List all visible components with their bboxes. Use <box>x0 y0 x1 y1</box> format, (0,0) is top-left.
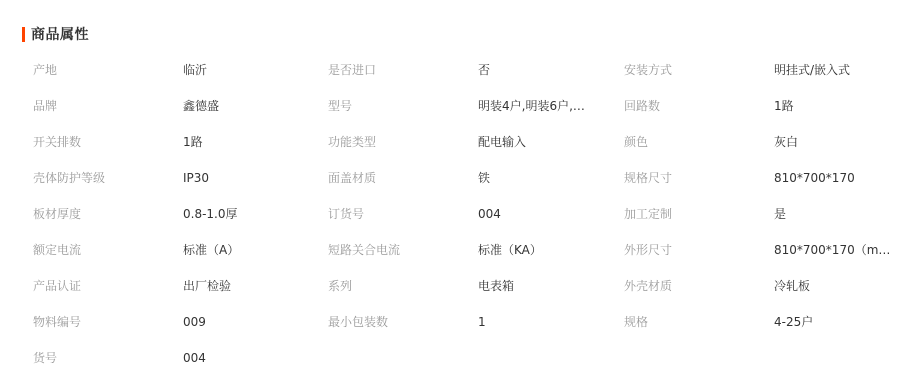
attribute-value: 鑫德盛 <box>183 88 301 124</box>
attribute-label: 板材厚度 <box>33 196 163 232</box>
attribute-label: 品牌 <box>33 88 163 124</box>
attribute-value: 810*700*170（mm） <box>774 232 902 268</box>
attribute-row: 开关排数 1路 功能类型 配电输入 颜色 灰白 <box>0 124 902 160</box>
attribute-row: 货号 004 <box>0 340 902 376</box>
attribute-value: 1路 <box>183 124 301 160</box>
attribute-value: 出厂检验 <box>183 268 301 304</box>
accent-bar <box>22 27 25 42</box>
attribute-value: 4-25户 <box>774 304 902 340</box>
attribute-label: 最小包装数 <box>328 304 458 340</box>
attribute-label: 加工定制 <box>624 196 754 232</box>
attribute-label: 规格 <box>624 304 754 340</box>
attribute-label: 系列 <box>328 268 458 304</box>
attribute-value: 1 <box>478 304 596 340</box>
attribute-label: 外壳材质 <box>624 268 754 304</box>
attribute-row: 额定电流 标准（A） 短路关合电流 标准（KA） 外形尺寸 810*700*17… <box>0 232 902 268</box>
attribute-label: 产地 <box>33 52 163 88</box>
attribute-value: 冷轧板 <box>774 268 902 304</box>
attribute-label: 开关排数 <box>33 124 163 160</box>
attribute-label: 回路数 <box>624 88 754 124</box>
attribute-label: 外形尺寸 <box>624 232 754 268</box>
attribute-row: 板材厚度 0.8-1.0厚 订货号 004 加工定制 是 <box>0 196 902 232</box>
attribute-value: 临沂 <box>183 52 301 88</box>
attribute-label: 颜色 <box>624 124 754 160</box>
attribute-value: 004 <box>478 196 596 232</box>
attribute-value: IP30 <box>183 160 301 196</box>
attribute-label: 是否进口 <box>328 52 458 88</box>
attribute-value: 明挂式/嵌入式 <box>774 52 902 88</box>
attribute-value: 是 <box>774 196 902 232</box>
attribute-label: 货号 <box>33 340 163 376</box>
attribute-row: 壳体防护等级 IP30 面盖材质 铁 规格尺寸 810*700*170 <box>0 160 902 196</box>
attribute-value: 铁 <box>478 160 596 196</box>
attribute-row: 产品认证 出厂检验 系列 电表箱 外壳材质 冷轧板 <box>0 268 902 304</box>
attribute-row: 物料编号 009 最小包装数 1 规格 4-25户 <box>0 304 902 340</box>
attribute-label: 安装方式 <box>624 52 754 88</box>
attribute-value: 灰白 <box>774 124 902 160</box>
attribute-value: 0.8-1.0厚 <box>183 196 301 232</box>
section-header: 商品属性 <box>22 24 89 44</box>
attribute-label: 物料编号 <box>33 304 163 340</box>
attribute-row: 品牌 鑫德盛 型号 明装4户,明装6户,明… 回路数 1路 <box>0 88 902 124</box>
attribute-label: 短路关合电流 <box>328 232 458 268</box>
attribute-label: 面盖材质 <box>328 160 458 196</box>
attribute-value: 1路 <box>774 88 902 124</box>
attribute-value: 004 <box>183 340 301 376</box>
attribute-value: 配电输入 <box>478 124 596 160</box>
attribute-value: 810*700*170 <box>774 160 902 196</box>
attribute-label: 额定电流 <box>33 232 163 268</box>
attribute-label: 型号 <box>328 88 458 124</box>
attribute-label: 规格尺寸 <box>624 160 754 196</box>
attribute-row: 产地 临沂 是否进口 否 安装方式 明挂式/嵌入式 <box>0 52 902 88</box>
attribute-label: 功能类型 <box>328 124 458 160</box>
attribute-value: 标准（KA） <box>478 232 596 268</box>
attribute-label: 壳体防护等级 <box>33 160 163 196</box>
attribute-value: 电表箱 <box>478 268 596 304</box>
section-title: 商品属性 <box>31 24 89 44</box>
attribute-value: 标准（A） <box>183 232 301 268</box>
attribute-value: 否 <box>478 52 596 88</box>
attribute-value: 009 <box>183 304 301 340</box>
attribute-label: 订货号 <box>328 196 458 232</box>
attribute-value-model[interactable]: 明装4户,明装6户,明… <box>478 88 596 124</box>
attribute-grid: 产地 临沂 是否进口 否 安装方式 明挂式/嵌入式 品牌 鑫德盛 型号 明装4户… <box>0 52 902 376</box>
attribute-label: 产品认证 <box>33 268 163 304</box>
